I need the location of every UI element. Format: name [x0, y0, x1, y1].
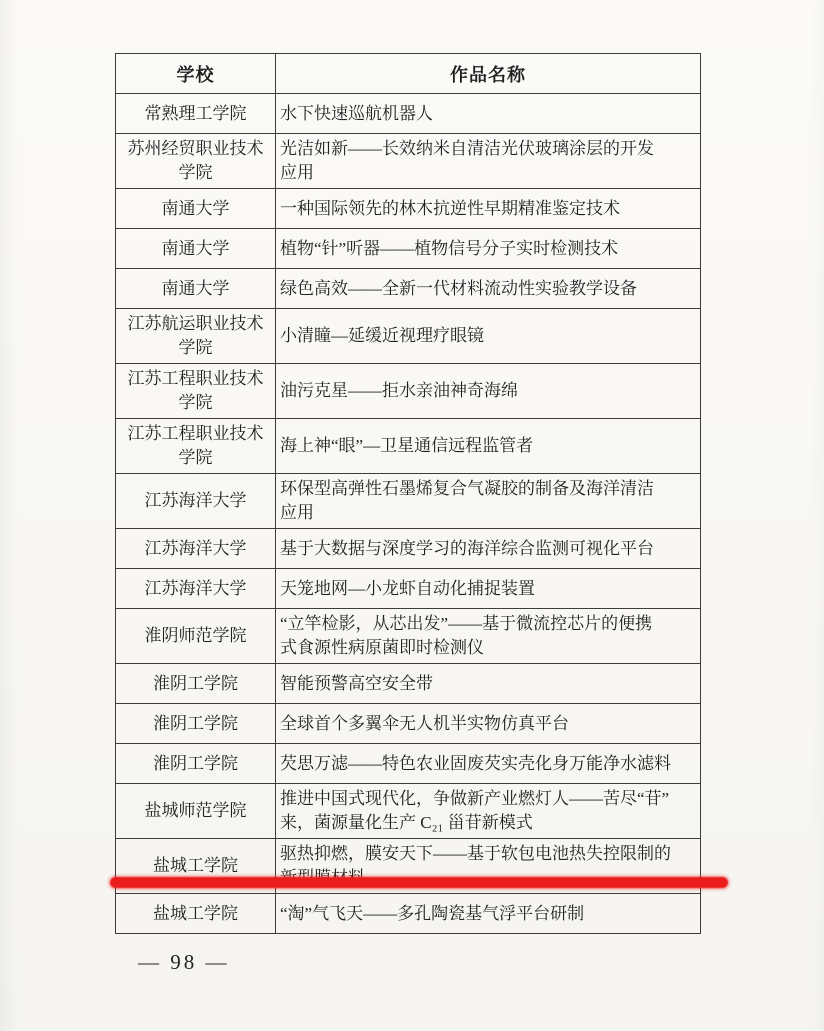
work-title-cell: 芡思万滤——特色农业固废芡实壳化身万能净水滤料	[276, 744, 701, 784]
table-row: 江苏工程职业技术学院 海上神“眼”—卫星通信远程监管者	[116, 419, 701, 474]
table-row: 常熟理工学院 水下快速巡航机器人	[116, 94, 701, 134]
work-title-cell: 植物“针”听器——植物信号分子实时检测技术	[276, 229, 701, 269]
work-title-cell: 小清瞳—延缓近视理疗眼镜	[276, 309, 701, 364]
table-row: 江苏海洋大学 环保型高弹性石墨烯复合气凝胶的制备及海洋清洁 应用	[116, 474, 701, 529]
table-row: 淮阴工学院 全球首个多翼伞无人机半实物仿真平台	[116, 704, 701, 744]
table-row: 江苏海洋大学 基于大数据与深度学习的海洋综合监测可视化平台	[116, 529, 701, 569]
work-title-cell: 海上神“眼”—卫星通信远程监管者	[276, 419, 701, 474]
school-cell: 南通大学	[116, 229, 276, 269]
school-cell: 江苏航运职业技术学院	[116, 309, 276, 364]
awards-table: 学校 作品名称 常熟理工学院 水下快速巡航机器人 苏州经贸职业技术学院 光洁如新…	[115, 53, 701, 934]
red-underline-highlight	[110, 877, 728, 888]
school-cell: 常熟理工学院	[116, 94, 276, 134]
school-cell: 淮阴工学院	[116, 704, 276, 744]
school-cell: 南通大学	[116, 269, 276, 309]
table-body: 常熟理工学院 水下快速巡航机器人 苏州经贸职业技术学院 光洁如新——长效纳米自清…	[116, 94, 701, 934]
table-row: 盐城师范学院 推进中国式现代化，争做新产业燃灯人——苦尽“苷” 来，菌源量化生产…	[116, 784, 701, 839]
school-cell: 江苏工程职业技术学院	[116, 364, 276, 419]
school-cell: 江苏海洋大学	[116, 569, 276, 609]
work-title-cell: 油污克星——拒水亲油神奇海绵	[276, 364, 701, 419]
school-cell: 江苏工程职业技术学院	[116, 419, 276, 474]
work-title-cell: “立竿检影，从芯出发”——基于微流控芯片的便携 式食源性病原菌即时检测仪	[276, 609, 701, 664]
school-cell: 淮阴师范学院	[116, 609, 276, 664]
school-cell: 南通大学	[116, 189, 276, 229]
table-row: 淮阴师范学院 “立竿检影，从芯出发”——基于微流控芯片的便携 式食源性病原菌即时…	[116, 609, 701, 664]
work-title-cell: 推进中国式现代化，争做新产业燃灯人——苦尽“苷” 来，菌源量化生产 C₂₁ 甾苷…	[276, 784, 701, 839]
work-title-cell: 全球首个多翼伞无人机半实物仿真平台	[276, 704, 701, 744]
page-number: — 98 —	[138, 950, 230, 975]
table-row: 南通大学 植物“针”听器——植物信号分子实时检测技术	[116, 229, 701, 269]
table-row: 江苏工程职业技术学院 油污克星——拒水亲油神奇海绵	[116, 364, 701, 419]
column-header-work: 作品名称	[276, 54, 701, 94]
table-row: 南通大学 一种国际领先的林木抗逆性早期精准鉴定技术	[116, 189, 701, 229]
school-cell: 盐城师范学院	[116, 784, 276, 839]
table-row: 盐城工学院 “淘”气飞天——多孔陶瓷基气浮平台研制	[116, 894, 701, 934]
table-row: 淮阴工学院 芡思万滤——特色农业固废芡实壳化身万能净水滤料	[116, 744, 701, 784]
work-title-cell: 智能预警高空安全带	[276, 664, 701, 704]
school-cell: 江苏海洋大学	[116, 474, 276, 529]
work-title-cell: “淘”气飞天——多孔陶瓷基气浮平台研制	[276, 894, 701, 934]
work-title-cell: 环保型高弹性石墨烯复合气凝胶的制备及海洋清洁 应用	[276, 474, 701, 529]
work-title-cell: 一种国际领先的林木抗逆性早期精准鉴定技术	[276, 189, 701, 229]
table-row: 淮阴工学院 智能预警高空安全带	[116, 664, 701, 704]
table-row: 江苏海洋大学 天笼地网—小龙虾自动化捕捉装置	[116, 569, 701, 609]
scanned-document-page: 学校 作品名称 常熟理工学院 水下快速巡航机器人 苏州经贸职业技术学院 光洁如新…	[0, 0, 824, 1031]
work-title-cell: 绿色高效——全新一代材料流动性实验教学设备	[276, 269, 701, 309]
work-title-cell: 水下快速巡航机器人	[276, 94, 701, 134]
school-cell: 苏州经贸职业技术学院	[116, 134, 276, 189]
table-row: 江苏航运职业技术学院 小清瞳—延缓近视理疗眼镜	[116, 309, 701, 364]
table-row: 苏州经贸职业技术学院 光洁如新——长效纳米自清洁光伏玻璃涂层的开发 应用	[116, 134, 701, 189]
school-cell: 淮阴工学院	[116, 744, 276, 784]
work-title-cell: 基于大数据与深度学习的海洋综合监测可视化平台	[276, 529, 701, 569]
school-cell: 淮阴工学院	[116, 664, 276, 704]
table-header-row: 学校 作品名称	[116, 54, 701, 94]
school-cell: 盐城工学院	[116, 894, 276, 934]
work-title-cell: 天笼地网—小龙虾自动化捕捉装置	[276, 569, 701, 609]
column-header-school: 学校	[116, 54, 276, 94]
work-title-cell: 光洁如新——长效纳米自清洁光伏玻璃涂层的开发 应用	[276, 134, 701, 189]
school-cell: 江苏海洋大学	[116, 529, 276, 569]
table-row: 南通大学 绿色高效——全新一代材料流动性实验教学设备	[116, 269, 701, 309]
